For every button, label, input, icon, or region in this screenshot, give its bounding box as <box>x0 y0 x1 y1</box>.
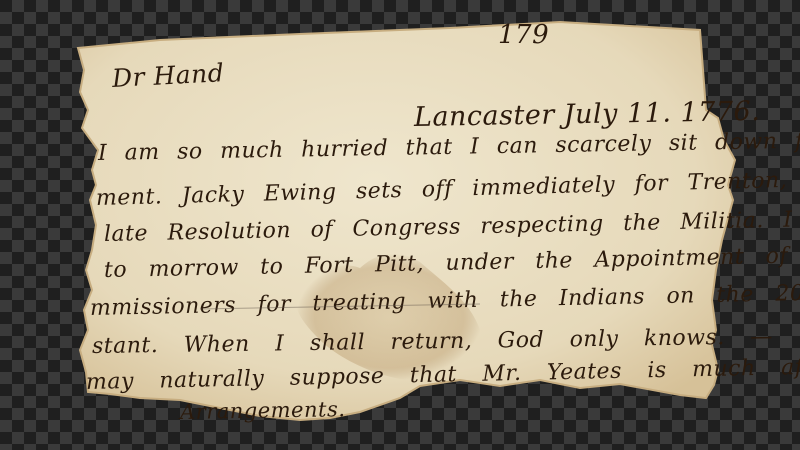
folio-number: 179 <box>498 20 549 50</box>
dateline: Lancaster July 11. 1776. <box>414 96 761 133</box>
salutation: Dr Hand <box>111 58 225 93</box>
body-line-8: Arrangements. <box>180 397 346 424</box>
letter-fragment: 179 Dr Hand Lancaster July 11. 1776. I a… <box>0 0 800 450</box>
